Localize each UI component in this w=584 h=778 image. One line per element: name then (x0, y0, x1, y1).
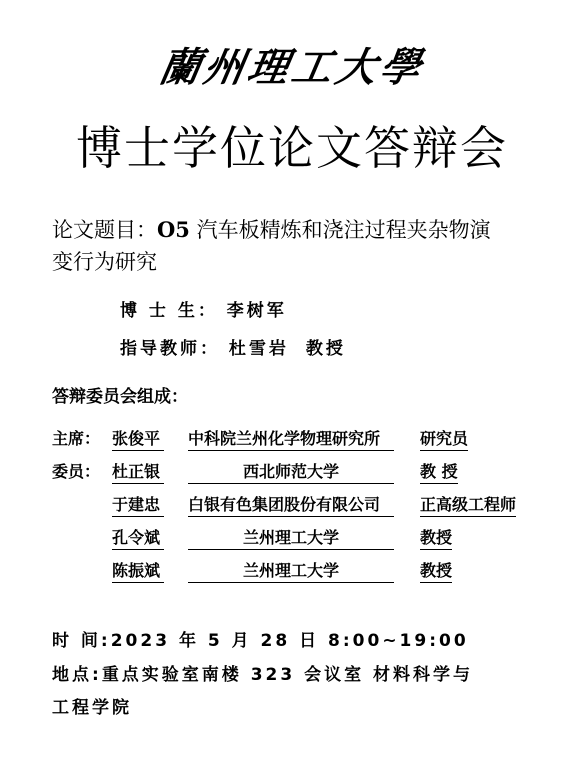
member-org: 中科院兰州化学物理研究所 (188, 426, 394, 451)
thesis-title-line2: 变行为研究 (52, 250, 157, 274)
location-line: 地点:重点实验室南楼 323 会议室 材料科学与 (52, 660, 473, 685)
advisor-label: 指导教师： (120, 339, 220, 359)
time-value: 2023 年 5 月 28 日 8:00~19:00 (111, 631, 469, 651)
member-role: 委员： (52, 459, 112, 482)
committee-label: 答辩委员会组成： (52, 382, 188, 407)
location-line-2: 工程学院 (52, 693, 132, 718)
member-title: 教授 (420, 525, 452, 550)
time-label: 时 间: (52, 631, 111, 651)
member-org: 兰州理工大学 (188, 558, 394, 583)
thesis-title-block: 论文题目：O5 汽车板精炼和浇注过程夹杂物演 变行为研究 (52, 214, 552, 278)
thesis-label: 论文题目： (52, 218, 157, 242)
member-title: 研究员 (420, 426, 468, 451)
committee-row: 委员： 杜正银 西北师范大学 教 授 (52, 459, 552, 481)
location-value: 重点实验室南楼 323 会议室 材料科学与 (102, 665, 473, 685)
member-title: 教授 (420, 558, 452, 583)
member-name: 张俊平 (112, 426, 164, 451)
member-role: 主席： (52, 426, 112, 449)
thesis-title-line1: 汽车板精炼和浇注过程夹杂物演 (190, 218, 491, 242)
member-org: 兰州理工大学 (188, 525, 394, 550)
advisor-name: 杜雪岩 (229, 339, 289, 359)
committee-row: 主席： 张俊平 中科院兰州化学物理研究所 研究员 (52, 426, 552, 448)
advisor-title: 教授 (306, 339, 346, 359)
committee-row: 孔令斌 兰州理工大学 教授 (52, 525, 552, 547)
time-line: 时 间:2023 年 5 月 28 日 8:00~19:00 (52, 626, 469, 651)
member-org: 西北师范大学 (188, 459, 394, 484)
candidate-name: 李树军 (227, 301, 287, 321)
candidate-line: 博 士 生： 李树军 (120, 296, 287, 321)
thesis-code: O5 (157, 217, 190, 242)
member-name: 杜正银 (112, 459, 164, 484)
member-org: 白银有色集团股份有限公司 (188, 492, 394, 517)
member-name: 孔令斌 (112, 525, 164, 550)
location-label: 地点: (52, 665, 102, 685)
member-title: 正高级工程师 (420, 492, 516, 517)
advisor-line: 指导教师： 杜雪岩 教授 (120, 334, 346, 359)
committee-row: 于建忠 白银有色集团股份有限公司 正高级工程师 (52, 492, 552, 514)
member-name: 陈振斌 (112, 558, 164, 583)
committee-row: 陈振斌 兰州理工大学 教授 (52, 558, 552, 580)
candidate-label: 博 士 生： (120, 301, 218, 321)
member-name: 于建忠 (112, 492, 164, 517)
university-logo: 蘭州理工大學 (0, 40, 584, 96)
member-title: 教 授 (420, 459, 458, 484)
page-title: 博士学位论文答辩会 (0, 118, 584, 178)
